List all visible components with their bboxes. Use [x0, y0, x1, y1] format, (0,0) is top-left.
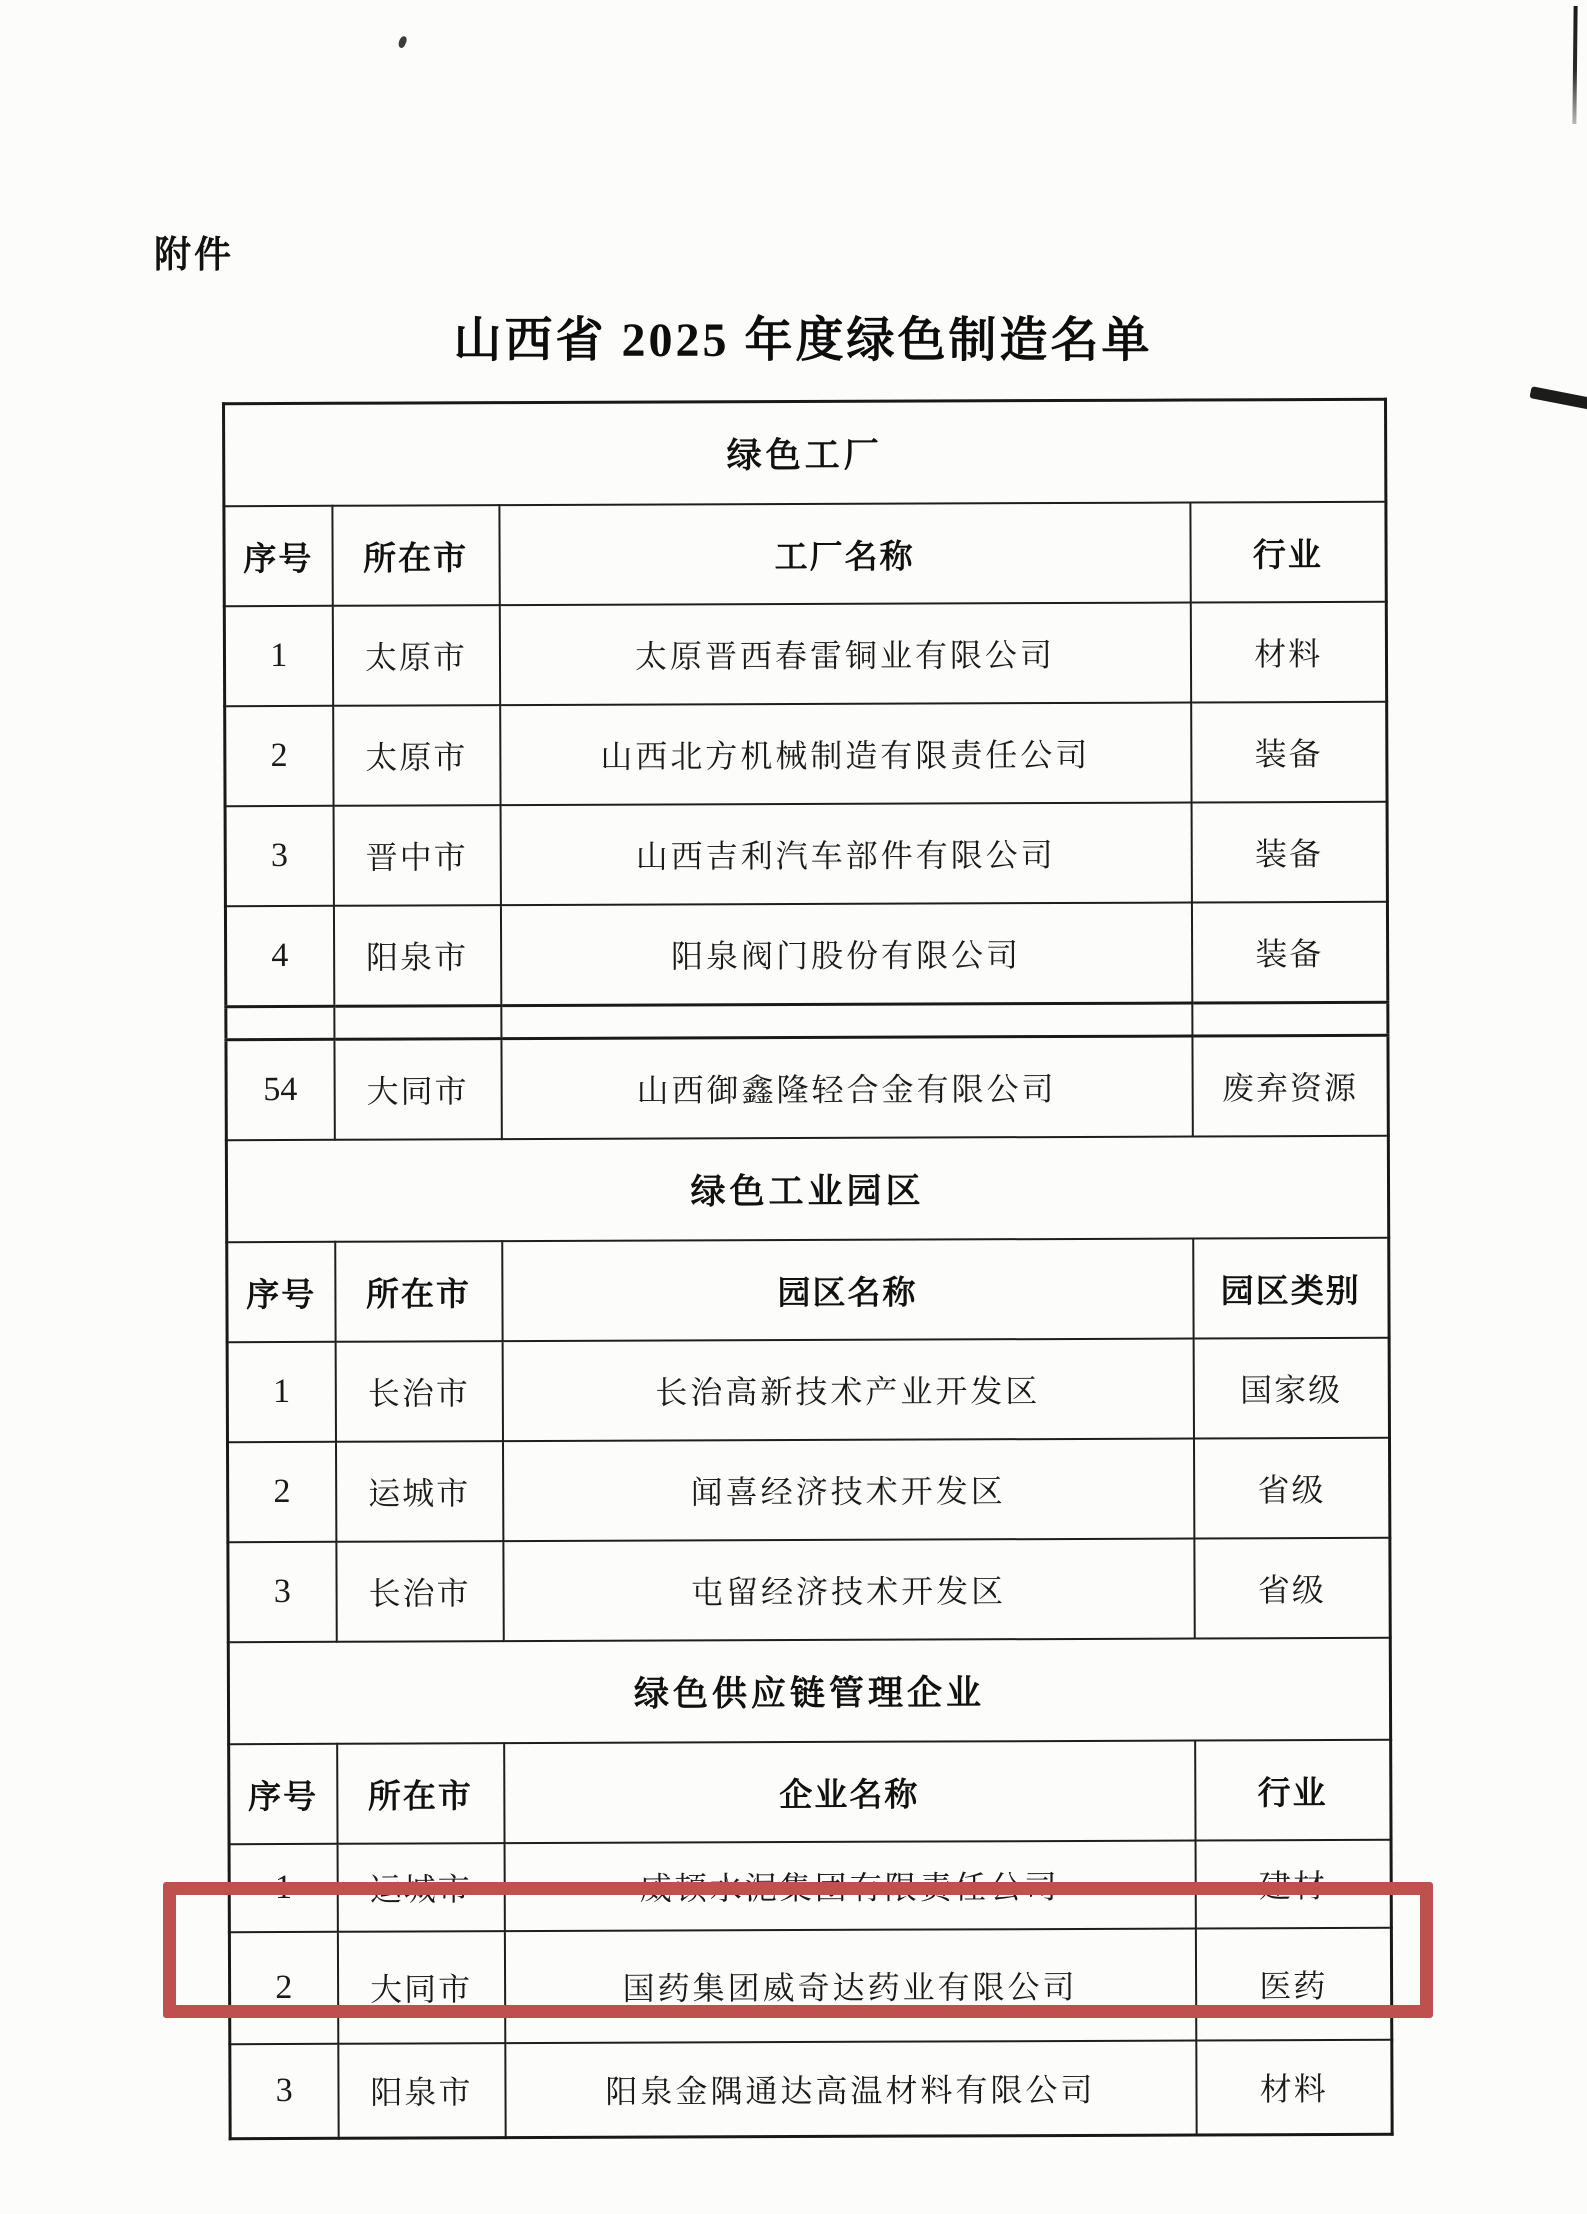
- cell-name: 闻喜经济技术开发区: [502, 1439, 1193, 1542]
- cell-city: 运城市: [335, 1441, 502, 1542]
- cell-city: 长治市: [335, 1341, 502, 1442]
- cell-no: 2: [227, 1442, 335, 1542]
- green-list-table-wrap: 绿色工厂序号所在市工厂名称行业1太原市太原晋西春雷铜业有限公司材料2太原市山西北…: [222, 398, 1391, 2140]
- cell-name: 山西北方机械制造有限责任公司: [500, 703, 1191, 806]
- scan-artifact-vertical-line: [1572, 6, 1577, 124]
- attachment-label: 附件: [154, 224, 234, 278]
- cell-no: 3: [228, 1542, 336, 1642]
- table-row: 54大同市山西御鑫隆轻合金有限公司废弃资源: [226, 1035, 1388, 1140]
- cell-name: 屯留经济技术开发区: [503, 1539, 1194, 1642]
- table-row: 2运城市闻喜经济技术开发区省级: [227, 1438, 1389, 1542]
- cell-no: 2: [225, 706, 333, 806]
- cell-name: 国药集团威奇达药业有限公司: [504, 1929, 1195, 2044]
- cell-city: 运城市: [337, 1843, 504, 1932]
- cell-category: 建材: [1195, 1840, 1391, 1929]
- cell-no: 1: [229, 1844, 337, 1932]
- cell-no: 54: [226, 1039, 334, 1140]
- cell-city: 阳泉市: [333, 905, 500, 1006]
- cell-name: 山西吉利汽车部件有限公司: [500, 803, 1191, 906]
- column-header: 所在市: [335, 1241, 502, 1342]
- cell-no: 1: [224, 606, 332, 706]
- section-title: 绿色工业园区: [226, 1136, 1388, 1242]
- table-row: 3长治市屯留经济技术开发区省级: [228, 1538, 1390, 1642]
- cell-name: 太原晋西春雷铜业有限公司: [499, 603, 1190, 706]
- header-row-green-industrial-park: 序号所在市园区名称园区类别: [227, 1238, 1389, 1342]
- cell-category: 国家级: [1193, 1338, 1389, 1439]
- column-header: 工厂名称: [499, 503, 1190, 606]
- cell-name: 长治高新技术产业开发区: [502, 1339, 1193, 1442]
- column-header: 序号: [224, 506, 332, 606]
- column-header: 行业: [1195, 1740, 1391, 1841]
- scan-artifact-dot: [397, 35, 408, 49]
- column-header: 园区名称: [502, 1239, 1193, 1342]
- cell-city: 阳泉市: [338, 2043, 505, 2138]
- cell-city: 晋中市: [333, 805, 500, 906]
- column-header: 序号: [227, 1242, 335, 1342]
- section-title-row-green-supply-chain: 绿色供应链管理企业: [228, 1638, 1390, 1744]
- cell-city: 长治市: [336, 1541, 503, 1642]
- cell-name: 威顿水泥集团有限责任公司: [504, 1841, 1195, 1932]
- cell-city: 太原市: [332, 605, 499, 706]
- cell-category: 省级: [1193, 1438, 1389, 1539]
- green-list-table-body: 绿色工厂序号所在市工厂名称行业1太原市太原晋西春雷铜业有限公司材料2太原市山西北…: [224, 399, 1393, 2138]
- cell-name: 山西御鑫隆轻合金有限公司: [501, 1036, 1192, 1139]
- column-header: 企业名称: [504, 1741, 1195, 1844]
- section-title: 绿色供应链管理企业: [228, 1638, 1390, 1744]
- cell-category: 材料: [1190, 602, 1386, 703]
- column-header: 行业: [1190, 502, 1386, 603]
- cell-no: 2: [229, 1932, 337, 2044]
- cell-city: 大同市: [337, 1931, 504, 2044]
- cell-category: 医药: [1195, 1928, 1391, 2041]
- cell-city: 太原市: [333, 705, 500, 806]
- header-row-green-factory: 序号所在市工厂名称行业: [224, 502, 1386, 606]
- table-row: 1运城市威顿水泥集团有限责任公司建材: [229, 1840, 1391, 1932]
- section-title-row-green-industrial-park: 绿色工业园区: [226, 1136, 1388, 1242]
- table-row: 3阳泉市阳泉金隅通达高温材料有限公司材料: [230, 2040, 1392, 2139]
- section-title: 绿色工厂: [224, 399, 1386, 506]
- cell-category: 装备: [1191, 902, 1387, 1003]
- omitted-rows-gap: [226, 1002, 1388, 1039]
- column-header: 序号: [229, 1744, 337, 1844]
- gap-cell: [1192, 1002, 1388, 1036]
- table-row: 1长治市长治高新技术产业开发区国家级: [227, 1338, 1389, 1442]
- gap-cell: [226, 1006, 334, 1039]
- cell-no: 3: [225, 806, 333, 906]
- document-title: 山西省 2025 年度绿色制造名单: [222, 301, 1384, 370]
- cell-no: 1: [227, 1342, 335, 1442]
- column-header: 园区类别: [1193, 1238, 1389, 1339]
- cell-category: 材料: [1196, 2040, 1392, 2135]
- cell-category: 装备: [1191, 702, 1387, 803]
- cell-name: 阳泉阀门股份有限公司: [500, 903, 1191, 1006]
- section-title-row-green-factory: 绿色工厂: [224, 399, 1386, 506]
- gap-cell: [334, 1006, 501, 1040]
- cell-category: 装备: [1191, 802, 1387, 903]
- table-row: 1太原市太原晋西春雷铜业有限公司材料: [224, 602, 1386, 706]
- cell-name: 阳泉金隅通达高温材料有限公司: [505, 2041, 1196, 2138]
- column-header: 所在市: [332, 505, 499, 606]
- cell-no: 3: [230, 2044, 338, 2139]
- table-row-highlighted: 2大同市国药集团威奇达药业有限公司医药: [229, 1928, 1391, 2044]
- cell-no: 4: [225, 906, 333, 1007]
- table-row: 2太原市山西北方机械制造有限责任公司装备: [225, 702, 1387, 806]
- cell-city: 大同市: [334, 1039, 501, 1140]
- gap-cell: [501, 1003, 1192, 1039]
- scan-artifact-slash-mark: [1529, 386, 1587, 410]
- cell-category: 省级: [1194, 1538, 1390, 1639]
- table-row: 4阳泉市阳泉阀门股份有限公司装备: [225, 902, 1387, 1007]
- table-row: 3晋中市山西吉利汽车部件有限公司装备: [225, 802, 1387, 906]
- document-page: 附件 山西省 2025 年度绿色制造名单 绿色工厂序号所在市工厂名称行业1太原市…: [0, 0, 1587, 2214]
- column-header: 所在市: [337, 1743, 504, 1844]
- header-row-green-supply-chain: 序号所在市企业名称行业: [229, 1740, 1391, 1844]
- cell-category: 废弃资源: [1192, 1035, 1388, 1136]
- green-list-table: 绿色工厂序号所在市工厂名称行业1太原市太原晋西春雷铜业有限公司材料2太原市山西北…: [222, 398, 1394, 2140]
